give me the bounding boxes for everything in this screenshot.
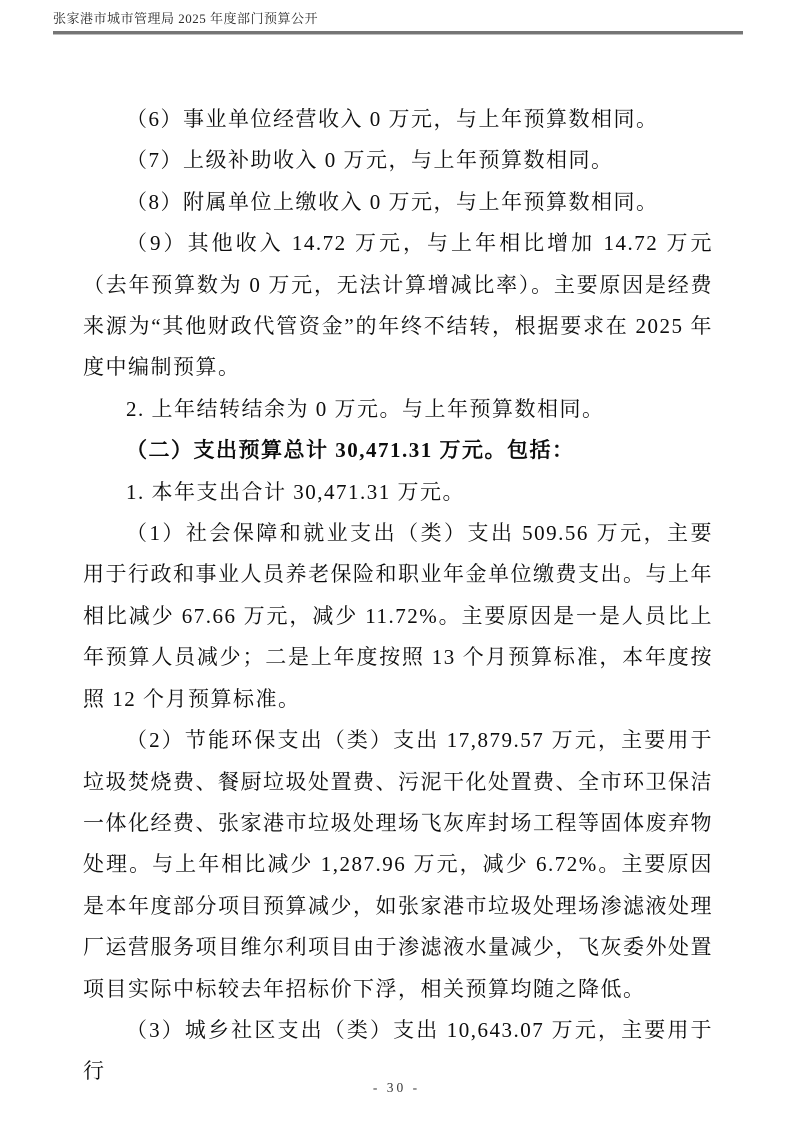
section-heading-expenditure-total: （二）支出预算总计 30,471.31 万元。包括：: [83, 430, 713, 471]
paragraph-item-9: （9）其他收入 14.72 万元，与上年相比增加 14.72 万元（去年预算数为…: [83, 223, 713, 389]
paragraph-item-8: （8）附属单位上缴收入 0 万元，与上年预算数相同。: [83, 182, 713, 223]
header-title: 张家港市城市管理局 2025 年度部门预算公开: [53, 10, 743, 27]
paragraph-total-expenditure: 1. 本年支出合计 30,471.31 万元。: [83, 472, 713, 513]
page-number: - 30 -: [373, 1080, 420, 1095]
paragraph-item-7: （7）上级补助收入 0 万元，与上年预算数相同。: [83, 140, 713, 181]
document-body: （6）事业单位经营收入 0 万元，与上年预算数相同。 （7）上级补助收入 0 万…: [83, 99, 713, 1093]
page-header: 张家港市城市管理局 2025 年度部门预算公开: [53, 10, 743, 35]
page-footer: - 30 -: [0, 1079, 793, 1097]
paragraph-carryover: 2. 上年结转结余为 0 万元。与上年预算数相同。: [83, 389, 713, 430]
paragraph-expense-energy-environment: （2）节能环保支出（类）支出 17,879.57 万元，主要用于垃圾焚烧费、餐厨…: [83, 720, 713, 1010]
paragraph-expense-social-security: （1）社会保障和就业支出（类）支出 509.56 万元，主要用于行政和事业人员养…: [83, 513, 713, 720]
header-divider: [53, 31, 743, 35]
document-page: 张家港市城市管理局 2025 年度部门预算公开 （6）事业单位经营收入 0 万元…: [0, 0, 793, 1122]
paragraph-item-6: （6）事业单位经营收入 0 万元，与上年预算数相同。: [83, 99, 713, 140]
